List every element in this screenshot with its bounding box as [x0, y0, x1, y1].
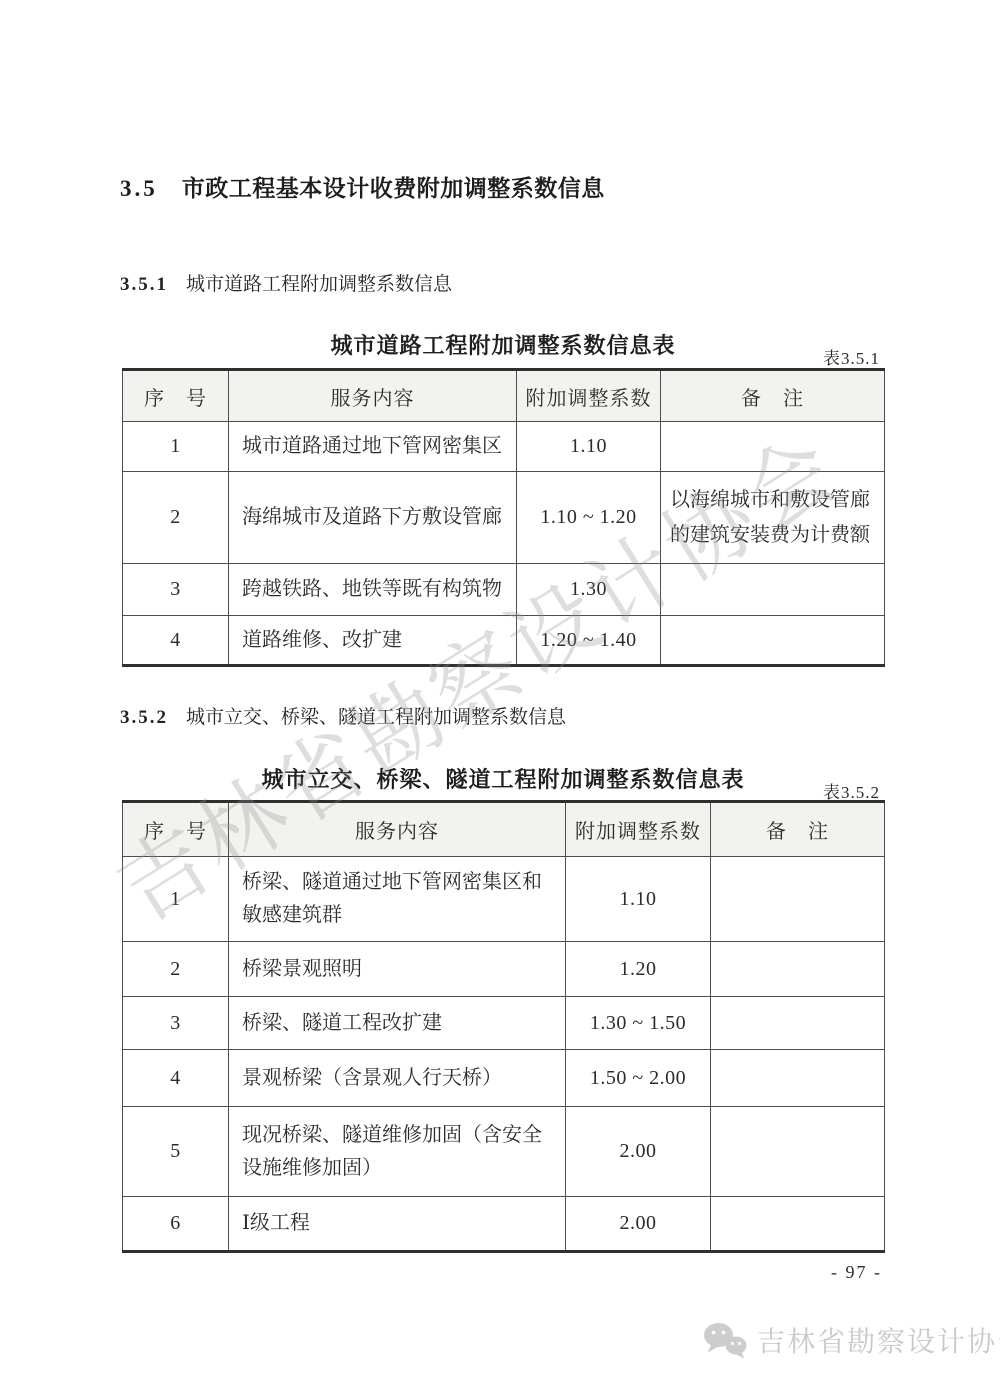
cell-note [711, 1197, 885, 1252]
table-row: 2 海绵城市及道路下方敷设管廊 1.10 ~ 1.20 以海绵城市和敷设管廊的建… [123, 472, 885, 564]
subsection-number: 3.5.2 [120, 707, 168, 728]
cell-no: 3 [123, 997, 229, 1050]
table1-label: 表3.5.1 [823, 344, 880, 369]
cell-service: 桥梁、隧道工程改扩建 [229, 997, 566, 1050]
cell-coef: 2.00 [566, 1107, 711, 1197]
cell-note [711, 997, 885, 1050]
section-heading-3-5: 3.5市政工程基本设计收费附加调整系数信息 [120, 170, 605, 203]
cell-coef: 1.20 [566, 942, 711, 997]
cell-no: 1 [123, 857, 229, 942]
cell-service: 城市道路通过地下管网密集区 [229, 422, 517, 472]
cell-note [661, 564, 885, 616]
section-title: 市政工程基本设计收费附加调整系数信息 [182, 176, 605, 201]
cell-coef: 1.30 ~ 1.50 [566, 997, 711, 1050]
table2-header-note: 备 注 [711, 802, 885, 857]
table1-header-no: 序 号 [123, 370, 229, 422]
section-number: 3.5 [120, 176, 158, 201]
cell-service: 道路维修、改扩建 [229, 616, 517, 666]
cell-no: 6 [123, 1197, 229, 1252]
table-3-5-1: 序 号 服务内容 附加调整系数 备 注 1 城市道路通过地下管网密集区 1.10… [122, 368, 885, 667]
table-3-5-2: 序 号 服务内容 附加调整系数 备 注 1 桥梁、隧道通过地下管网密集区和敏感建… [122, 800, 885, 1253]
cell-coef: 1.10 [517, 422, 661, 472]
cell-no: 1 [123, 422, 229, 472]
cell-coef: 1.50 ~ 2.00 [566, 1050, 711, 1107]
wechat-icon [702, 1321, 748, 1359]
footer-brand-text: 吉林省勘察设计协会 [757, 1320, 1000, 1360]
cell-note [711, 1050, 885, 1107]
table2-header-no: 序 号 [123, 802, 229, 857]
table-row: 2 桥梁景观照明 1.20 [123, 942, 885, 997]
cell-coef: 1.20 ~ 1.40 [517, 616, 661, 666]
cell-note [711, 1107, 885, 1197]
cell-note [661, 616, 885, 666]
table2-header-row: 序 号 服务内容 附加调整系数 备 注 [123, 802, 885, 857]
table1-header-coef: 附加调整系数 [517, 370, 661, 422]
cell-no: 5 [123, 1107, 229, 1197]
table1-header-row: 序 号 服务内容 附加调整系数 备 注 [123, 370, 885, 422]
table2-header-service: 服务内容 [229, 802, 566, 857]
table-row: 4 道路维修、改扩建 1.20 ~ 1.40 [123, 616, 885, 666]
cell-no: 4 [123, 1050, 229, 1107]
cell-coef: 2.00 [566, 1197, 711, 1252]
cell-note: 以海绵城市和敷设管廊的建筑安装费为计费额 [661, 472, 885, 564]
cell-no: 3 [123, 564, 229, 616]
cell-service: 现况桥梁、隧道维修加固（含安全设施维修加固） [229, 1107, 566, 1197]
subsection-heading-3-5-2: 3.5.2城市立交、桥梁、隧道工程附加调整系数信息 [120, 702, 566, 729]
cell-note [711, 857, 885, 942]
table1-header-note: 备 注 [661, 370, 885, 422]
cell-note [711, 942, 885, 997]
table-row: 3 跨越铁路、地铁等既有构筑物 1.30 [123, 564, 885, 616]
subsection-number: 3.5.1 [120, 274, 168, 295]
subsection-title: 城市道路工程附加调整系数信息 [186, 274, 452, 295]
cell-coef: 1.10 ~ 1.20 [517, 472, 661, 564]
table2-caption-wrap: 城市立交、桥梁、隧道工程附加调整系数信息表 表3.5.2 [122, 763, 884, 803]
cell-service: 跨越铁路、地铁等既有构筑物 [229, 564, 517, 616]
cell-note [661, 422, 885, 472]
table-row: 6 Ⅰ级工程 2.00 [123, 1197, 885, 1252]
subsection-title: 城市立交、桥梁、隧道工程附加调整系数信息 [186, 707, 566, 728]
cell-no: 2 [123, 472, 229, 564]
cell-service: 桥梁、隧道通过地下管网密集区和敏感建筑群 [229, 857, 566, 942]
footer-brand: 吉林省勘察设计协会 [702, 1320, 1000, 1360]
table-row: 1 城市道路通过地下管网密集区 1.10 [123, 422, 885, 472]
cell-coef: 1.30 [517, 564, 661, 616]
table-row: 4 景观桥梁（含景观人行天桥） 1.50 ~ 2.00 [123, 1050, 885, 1107]
cell-service: 景观桥梁（含景观人行天桥） [229, 1050, 566, 1107]
page-number: - 97 - [831, 1262, 882, 1283]
table-row: 5 现况桥梁、隧道维修加固（含安全设施维修加固） 2.00 [123, 1107, 885, 1197]
cell-no: 4 [123, 616, 229, 666]
table-row: 3 桥梁、隧道工程改扩建 1.30 ~ 1.50 [123, 997, 885, 1050]
document-page: 吉林省勘察设计协会 3.5市政工程基本设计收费附加调整系数信息 3.5.1城市道… [0, 0, 1000, 1393]
table1-header-service: 服务内容 [229, 370, 517, 422]
cell-coef: 1.10 [566, 857, 711, 942]
cell-service: Ⅰ级工程 [229, 1197, 566, 1252]
subsection-heading-3-5-1: 3.5.1城市道路工程附加调整系数信息 [120, 269, 452, 296]
cell-service: 海绵城市及道路下方敷设管廊 [229, 472, 517, 564]
table2-header-coef: 附加调整系数 [566, 802, 711, 857]
cell-no: 2 [123, 942, 229, 997]
table1-caption-wrap: 城市道路工程附加调整系数信息表 表3.5.1 [122, 329, 884, 369]
table-row: 1 桥梁、隧道通过地下管网密集区和敏感建筑群 1.10 [123, 857, 885, 942]
cell-service: 桥梁景观照明 [229, 942, 566, 997]
table1-caption: 城市道路工程附加调整系数信息表 [330, 333, 675, 358]
table2-caption: 城市立交、桥梁、隧道工程附加调整系数信息表 [261, 767, 744, 792]
